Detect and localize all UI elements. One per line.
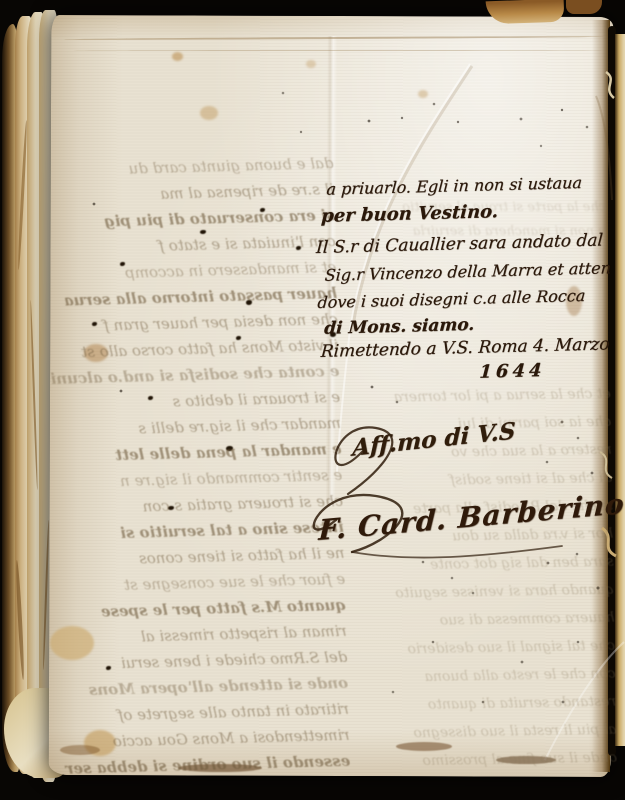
ink-speck-cluster <box>0 0 2 2</box>
stain <box>418 90 428 98</box>
letter-body: a priuarlo. Egli in non si ustaua per bu… <box>312 168 623 396</box>
letter-line: Il S.r di Cauallier sara andato dal <box>315 230 603 258</box>
edge-smear <box>178 764 262 772</box>
letter-line: dove i suoi disegni c.a alle Rocca <box>317 286 586 312</box>
letter-line: per buon Vestino. <box>321 201 499 227</box>
letter-line: a priuarlo. Egli in non si ustaua <box>326 173 583 199</box>
letter-date-year: 1644 <box>479 360 546 383</box>
edge-smear <box>496 756 556 764</box>
manuscript-scan: dal e buona giunta card du il s.re de ri… <box>0 0 625 800</box>
stain <box>50 626 94 660</box>
underlying-page-edge <box>615 34 625 746</box>
manuscript-page <box>49 15 614 777</box>
letter-line: Rimettendo a V.S. Roma 4. Marzo <box>320 334 610 362</box>
stain <box>306 60 316 68</box>
stain <box>172 52 183 61</box>
edge-smear <box>60 745 100 755</box>
underlying-page-topline <box>72 50 604 51</box>
torn-paper-fragment <box>486 0 565 24</box>
letter-line: Sig.r Vincenzo della Marra et atten <box>324 258 611 285</box>
stain <box>200 106 218 120</box>
stain <box>84 344 108 362</box>
edge-smear <box>396 742 452 751</box>
torn-paper-fragment <box>566 0 602 14</box>
letter-line: di Mons. siamo. <box>324 315 475 339</box>
